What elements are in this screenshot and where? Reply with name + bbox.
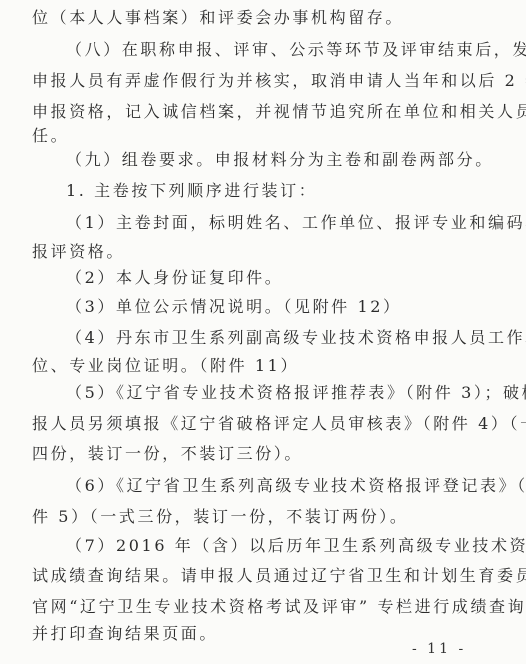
list-item-6: （6）《辽宁省卫生系列高级专业技术资格报评登记表》（附 (66, 476, 462, 496)
text-line: 任。 (32, 126, 462, 146)
text-line: 申报人员有弄虚作假行为并核实，取消申请人当年和以后 2 年的 (32, 71, 462, 91)
text-line: 位、专业岗位证明。（附件 11） (32, 356, 462, 376)
text-line: 申报资格，记入诚信档案，并视情节追究所在单位和相关人员责 (32, 102, 462, 122)
list-item-7: （7）2016 年（含）以后历年卫生系列高级专业技术资格考 (66, 536, 462, 556)
document-page: 位（本人人事档案）和评委会办事机构留存。 （八）在职称申报、评审、公示等环节及评… (0, 0, 526, 664)
text-line: 报人员另须填报《辽宁省破格评定人员审核表》（附件 4）（一式 (32, 414, 462, 434)
text-line: 并打印查询结果页面。 (32, 624, 462, 644)
list-item-2: （2）本人身份证复印件。 (66, 268, 462, 288)
page-number: - 11 - (412, 641, 466, 657)
list-item-1: （1）主卷封面，标明姓名、工作单位、报评专业和编码、 (66, 213, 462, 233)
paragraph-9-heading: （九）组卷要求。申报材料分为主卷和副卷两部分。 (66, 150, 462, 170)
text-line: 位（本人人事档案）和评委会办事机构留存。 (32, 8, 462, 28)
text-line: 官网“辽宁卫生专业技术资格考试及评审” 专栏进行成绩查询 (32, 597, 462, 617)
list-item-4: （4）丹东市卫生系列副高级专业技术资格申报人员工作单 (66, 328, 462, 348)
text-line: 四份，装订一份，不装订三份）。 (32, 444, 462, 464)
paragraph-8-start: （八）在职称申报、评审、公示等环节及评审结束后，发现 (66, 40, 462, 60)
subheading-main-volume: 1. 主卷按下列顺序进行装订： (66, 181, 462, 201)
text-line: 件 5）（一式三份，装订一份，不装订两份）。 (32, 507, 462, 527)
list-item-3: （3）单位公示情况说明。（见附件 12） (66, 297, 462, 317)
list-item-5: （5）《辽宁省专业技术资格报评推荐表》（附件 3）；破格申 (66, 383, 462, 403)
text-line: 试成绩查询结果。请申报人员通过辽宁省卫生和计划生育委员会 (32, 566, 462, 586)
text-line: 报评资格。 (32, 242, 462, 262)
